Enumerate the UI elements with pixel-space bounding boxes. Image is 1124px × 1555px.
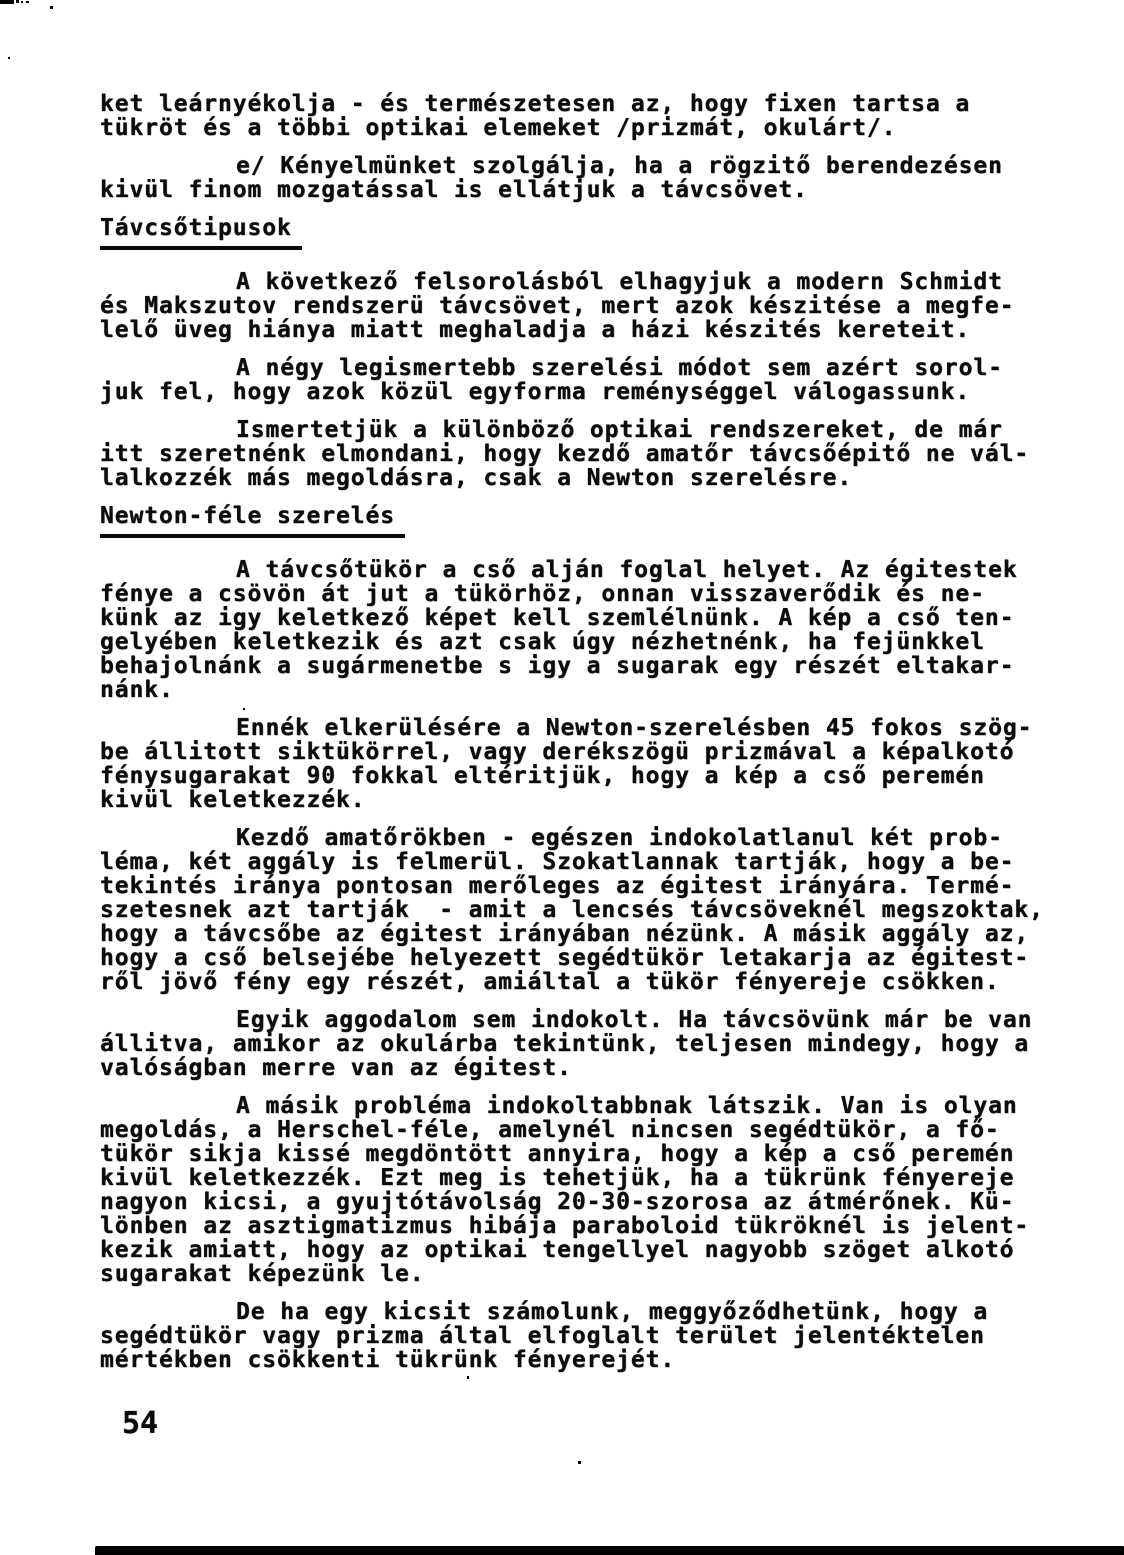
scan-speck — [243, 708, 245, 710]
text-line: nagyon kicsi, a gyujtótávolság 20-30-szo… — [100, 1190, 1060, 1214]
text-line: De ha egy kicsit számolunk, meggyőződhet… — [100, 1300, 1060, 1324]
scan-corner-mark — [0, 0, 14, 4]
text-line: segédtükör vagy prizma által elfoglalt t… — [100, 1324, 1060, 1348]
section-heading: Távcsőtipusok — [100, 216, 1060, 250]
paragraph: A négy legismertebb szerelési módot sem … — [100, 356, 1060, 404]
paragraph: A következő felsorolásból elhagyjuk a mo… — [100, 270, 1060, 342]
text-line: tükröt és a többi optikai elemeket /priz… — [100, 116, 1060, 140]
paragraph: e/ Kényelmünket szolgálja, ha a rögzitő … — [100, 154, 1060, 202]
text-line: fénysugarakat 90 fokkal eltéritjük, hogy… — [100, 764, 1060, 788]
paragraph: Kezdő amatőrökben - egészen indokolatlan… — [100, 826, 1060, 994]
scan-edge-bar — [95, 1546, 1124, 1555]
text-line: e/ Kényelmünket szolgálja, ha a rögzitő … — [100, 154, 1060, 178]
section-heading: Newton-féle szerelés — [100, 504, 1060, 538]
scan-speck — [467, 1376, 469, 1379]
text-line: tekintés iránya pontosan merőleges az ég… — [100, 874, 1060, 898]
text-line: A következő felsorolásból elhagyjuk a mo… — [100, 270, 1060, 294]
scan-corner-dash — [26, 1, 29, 3]
text-line: megoldás, a Herschel-féle, amelynél ninc… — [100, 1118, 1060, 1142]
text-line: lönben az asztigmatizmus hibája parabolo… — [100, 1214, 1060, 1238]
scan-speck — [50, 6, 53, 9]
text-line: nánk. — [100, 678, 1060, 702]
text-line: tükör sikja kissé megdöntött annyira, ho… — [100, 1142, 1060, 1166]
text-line: mértékben csökkenti tükrünk fényerejét. — [100, 1348, 1060, 1372]
scan-corner-dash — [16, 0, 19, 3]
paragraph: A távcsőtükör a cső alján foglal helyet.… — [100, 558, 1060, 702]
text-line: Ennék elkerülésére a Newton-szerelésben … — [100, 716, 1060, 740]
paragraph: Ismertetjük a különböző optikai rendszer… — [100, 418, 1060, 490]
scan-corner-dash — [21, 1, 23, 3]
text-line: behajolnánk a sugármenetbe s igy a sugar… — [100, 654, 1060, 678]
text-line: ket leárnyékolja - és természetesen az, … — [100, 92, 1060, 116]
text-line: szetesnek azt tartják - amit a lencsés t… — [100, 898, 1060, 922]
text-line: lelő üveg hiánya miatt meghaladja a házi… — [100, 318, 1060, 342]
text-line: A másik probléma indokoltabbnak látszik.… — [100, 1094, 1060, 1118]
text-line: A négy legismertebb szerelési módot sem … — [100, 356, 1060, 380]
text-line: léma, két aggály is felmerül. Szokatlann… — [100, 850, 1060, 874]
scan-speck — [578, 1461, 581, 1464]
text-line: ről jövő fény egy részét, amiáltal a tük… — [100, 970, 1060, 994]
section-heading-text: Távcsőtipusok — [100, 216, 302, 250]
text-line: gelyében keletkezik és azt csak úgy nézh… — [100, 630, 1060, 654]
text-line: Ismertetjük a különböző optikai rendszer… — [100, 418, 1060, 442]
text-line: juk fel, hogy azok közül egyforma remény… — [100, 380, 1060, 404]
text-line: hogy a cső belsejébe helyezett segédtükö… — [100, 946, 1060, 970]
text-line: kivül keletkezzék. — [100, 788, 1060, 812]
paragraph: De ha egy kicsit számolunk, meggyőződhet… — [100, 1300, 1060, 1372]
text-line: valóságban merre van az égitest. — [100, 1056, 1060, 1080]
text-line: be állitott siktükörrel, vagy derékszögü… — [100, 740, 1060, 764]
text-line: állitva, amikor az okulárba tekintünk, t… — [100, 1032, 1060, 1056]
paragraph: ket leárnyékolja - és természetesen az, … — [100, 92, 1060, 140]
paragraph: Egyik aggodalom sem indokolt. Ha távcsöv… — [100, 1008, 1060, 1080]
paragraph: A másik probléma indokoltabbnak látszik.… — [100, 1094, 1060, 1286]
document-body: ket leárnyékolja - és természetesen az, … — [100, 92, 1060, 1386]
text-line: hogy a távcsőbe az égitest irányában néz… — [100, 922, 1060, 946]
paragraph: Ennék elkerülésére a Newton-szerelésben … — [100, 716, 1060, 812]
section-heading-text: Newton-féle szerelés — [100, 504, 405, 538]
text-line: A távcsőtükör a cső alján foglal helyet.… — [100, 558, 1060, 582]
scanned-page: ket leárnyékolja - és természetesen az, … — [0, 0, 1124, 1555]
text-line: Egyik aggodalom sem indokolt. Ha távcsöv… — [100, 1008, 1060, 1032]
text-line: Kezdő amatőrökben - egészen indokolatlan… — [100, 826, 1060, 850]
page-number: 54 — [122, 1406, 158, 1441]
text-line: kezik amiatt, hogy az optikai tengellyel… — [100, 1238, 1060, 1262]
text-line: itt szeretnénk elmondani, hogy kezdő ama… — [100, 442, 1060, 466]
scan-speck — [8, 57, 10, 59]
text-line: sugarakat képezünk le. — [100, 1262, 1060, 1286]
text-line: fénye a csövön át jut a tükörhöz, onnan … — [100, 582, 1060, 606]
text-line: lalkozzék más megoldásra, csak a Newton … — [100, 466, 1060, 490]
text-line: kivül finom mozgatással is ellátjuk a tá… — [100, 178, 1060, 202]
text-line: künk az igy keletkező képet kell szemlél… — [100, 606, 1060, 630]
text-line: és Makszutov rendszerü távcsövet, mert a… — [100, 294, 1060, 318]
text-line: kivül keletkezzék. Ezt meg is tehetjük, … — [100, 1166, 1060, 1190]
